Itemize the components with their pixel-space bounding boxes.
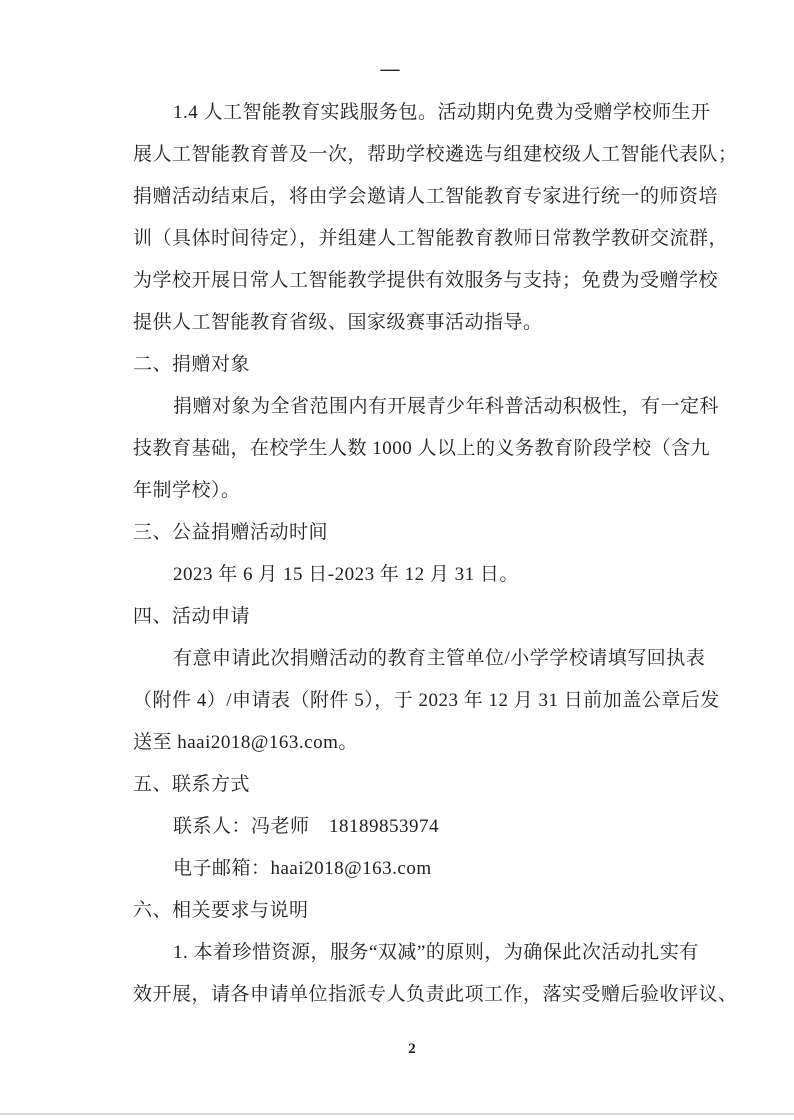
text-line: 年制学校）。 [133,470,725,512]
text-line: 送至 haai2018@163.com。 [133,722,725,764]
page-number: 2 [15,1041,794,1058]
text-line: 电子邮箱：haai2018@163.com [133,848,725,890]
text-line: 2023 年 6 月 15 日-2023 年 12 月 31 日。 [133,554,725,596]
text-line: 捐赠活动结束后，将由学会邀请人工智能教育专家进行统一的师资培 [133,176,725,218]
section-heading: 四、活动申请 [133,596,725,638]
document-content: 1.4 人工智能教育实践服务包。活动期内免费为受赠学校师生开展人工智能教育普及一… [133,92,725,1016]
text-line: （附件 4）/申请表（附件 5），于 2023 年 12 月 31 日前加盖公章… [133,680,725,722]
text-line: 提供人工智能教育省级、国家级赛事活动指导。 [133,302,725,344]
text-line: 有意申请此次捐赠活动的教育主管单位/小学学校请填写回执表 [133,638,725,680]
section-heading: 六、相关要求与说明 [133,890,725,932]
text-line: 为学校开展日常人工智能教学提供有效服务与支持；免费为受赠学校 [133,260,725,302]
text-line: 联系人：冯老师 18189853974 [133,806,725,848]
text-line: 捐赠对象为全省范围内有开展青少年科普活动积极性，有一定科 [133,386,725,428]
section-heading: 三、公益捐赠活动时间 [133,512,725,554]
section-heading: 二、捐赠对象 [133,344,725,386]
page-header-dash: — [0,60,787,80]
document-page: — 1.4 人工智能教育实践服务包。活动期内免费为受赠学校师生开展人工智能教育普… [0,0,794,1120]
page-bottom-border [0,1113,794,1115]
text-line: 1.4 人工智能教育实践服务包。活动期内免费为受赠学校师生开 [133,92,725,134]
text-line: 展人工智能教育普及一次，帮助学校遴选与组建校级人工智能代表队； [133,134,725,176]
text-line: 技教育基础，在校学生人数 1000 人以上的义务教育阶段学校（含九 [133,428,725,470]
text-line: 1. 本着珍惜资源，服务“双减”的原则，为确保此次活动扎实有 [133,932,725,974]
text-line: 训（具体时间待定），并组建人工智能教育教师日常教学教研交流群， [133,218,725,260]
section-heading: 五、联系方式 [133,764,725,806]
text-line: 效开展，请各申请单位指派专人负责此项工作，落实受赠后验收评议、 [133,974,725,1016]
